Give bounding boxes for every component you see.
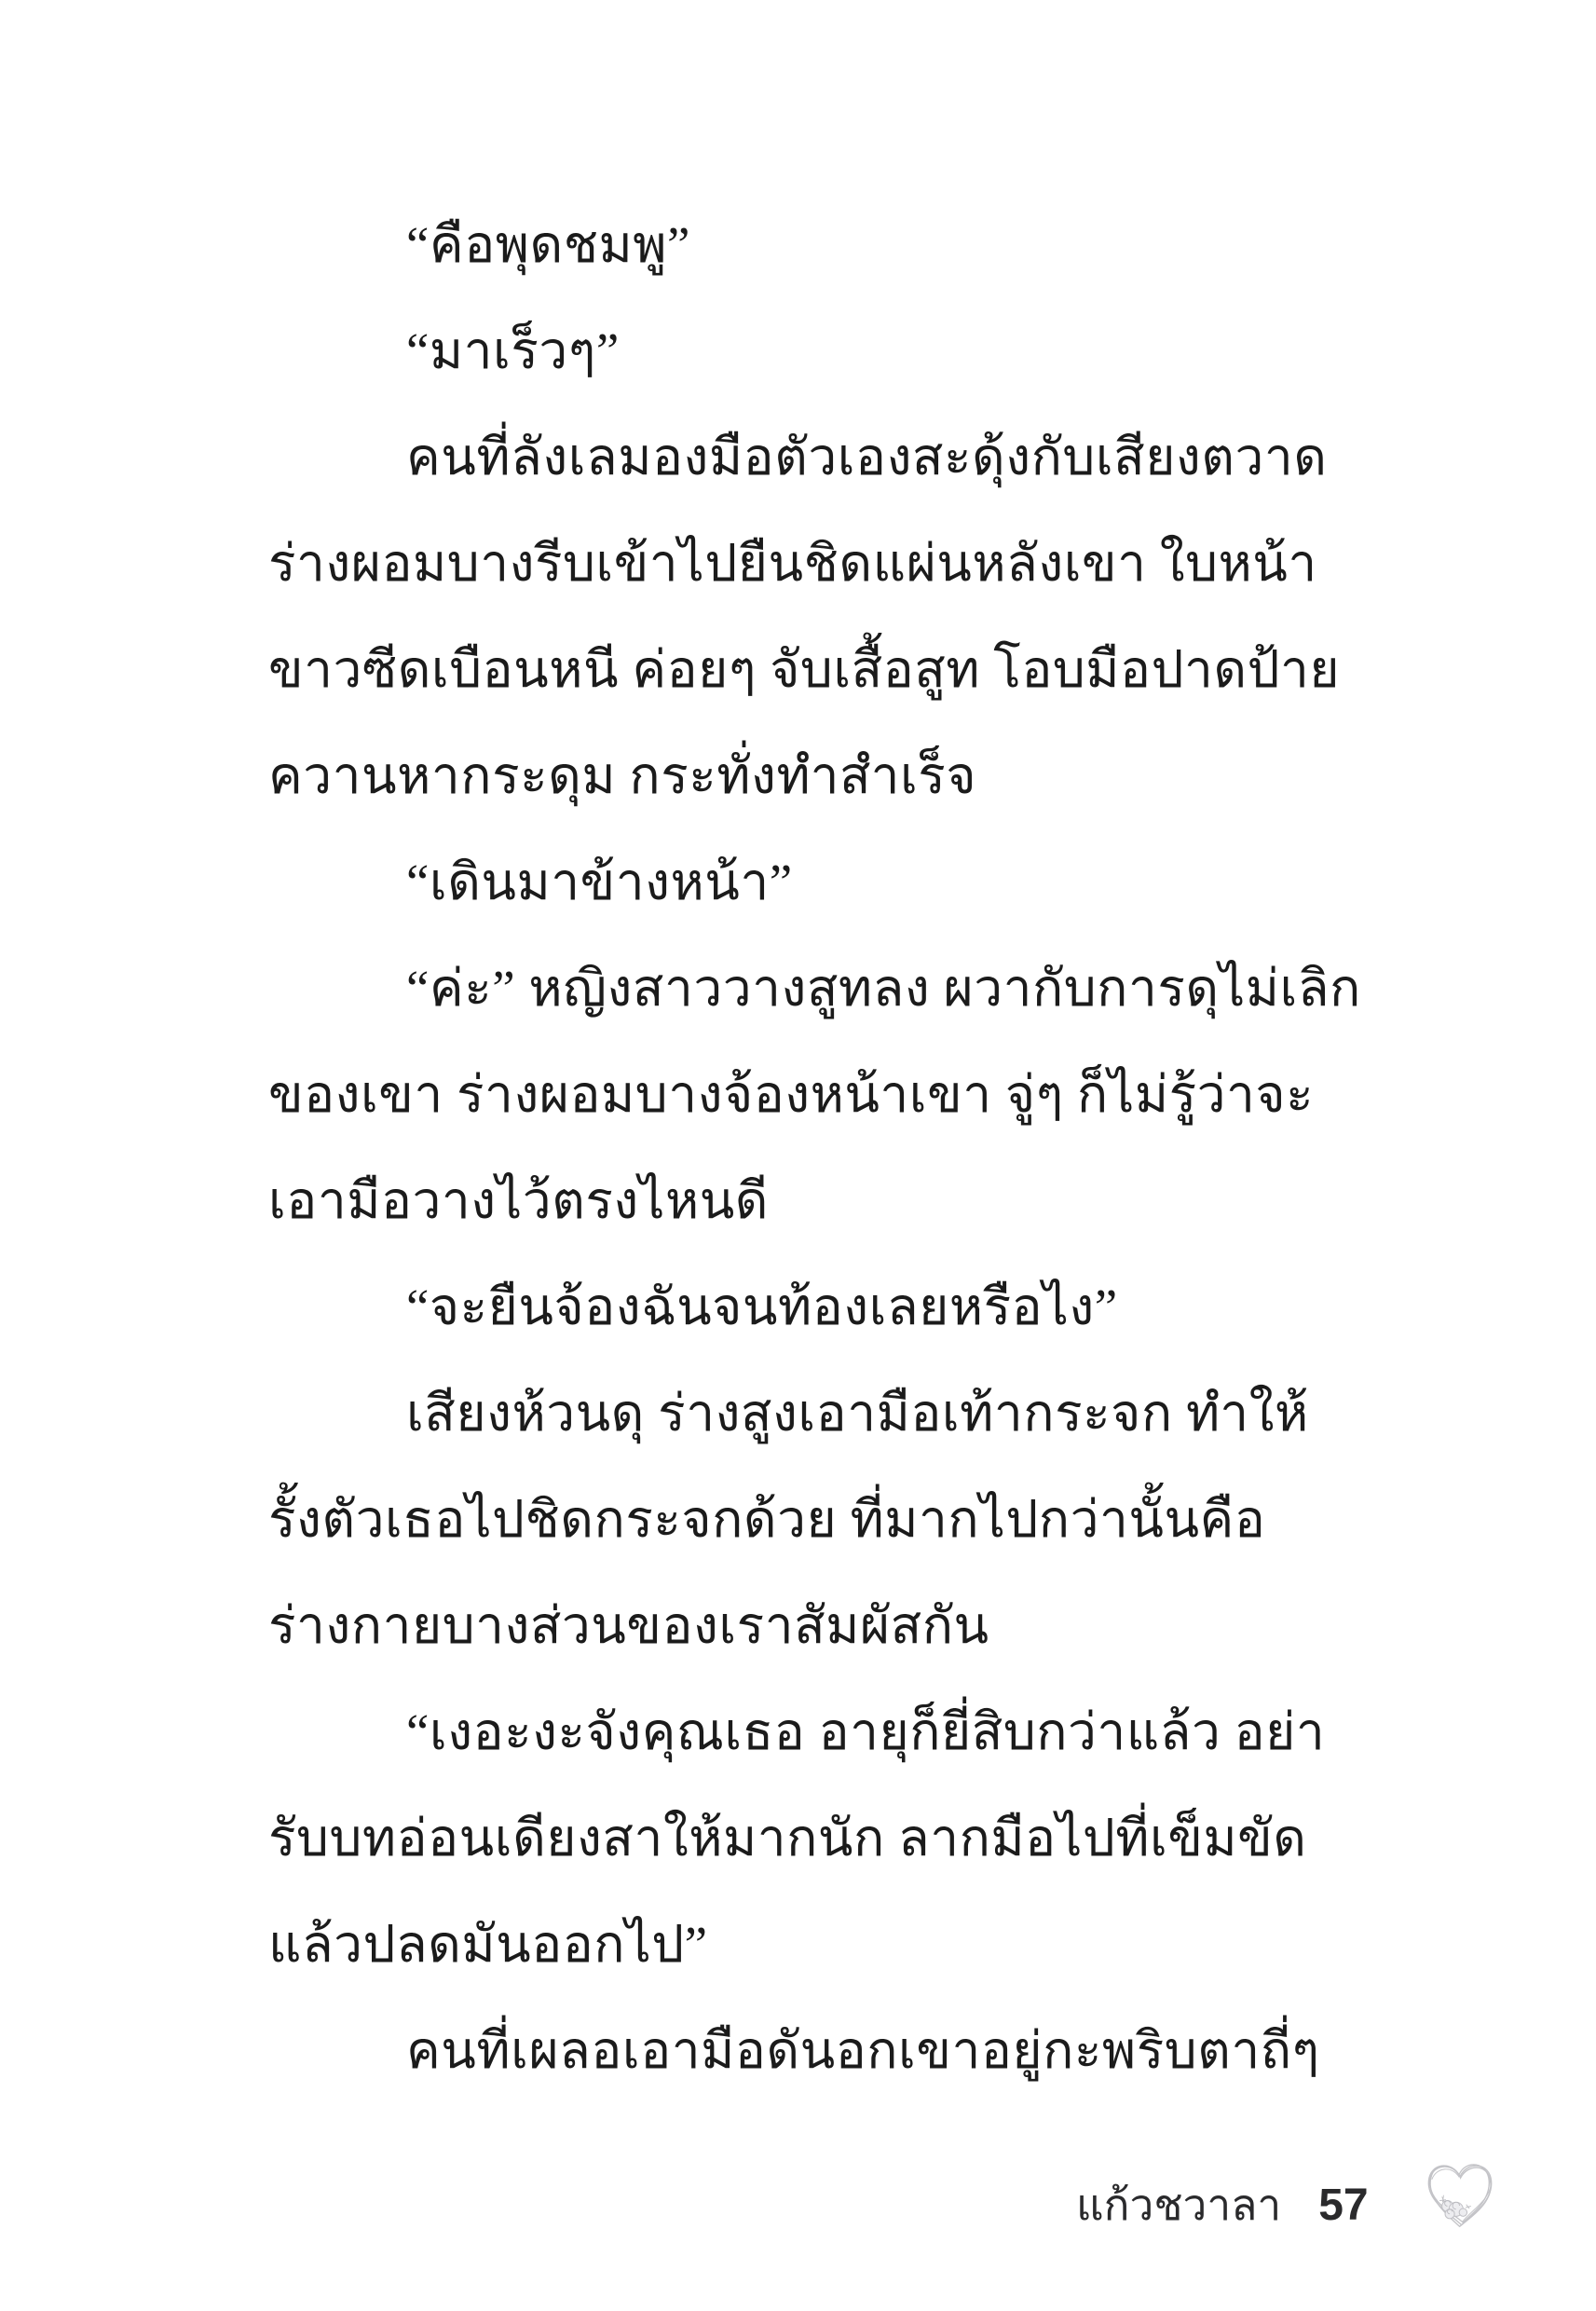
page-text: “คือพุดชมพู” “มาเร็วๆ” คนที่ลังเลมองมือต… [268, 192, 1424, 2104]
text-line: แล้วปลดมันออกไป” [268, 1892, 1424, 1998]
text-line: คนที่ลังเลมองมือตัวเองสะดุ้งกับเสียงตวาด [268, 404, 1424, 511]
text-line: ร่างกายบางส่วนของเราสัมผัสกัน [268, 1573, 1424, 1679]
text-line: “เดินมาข้างหน้า” [268, 829, 1424, 936]
text-line: ของเขา ร่างผอมบางจ้องหน้าเขา จู่ๆ ก็ไม่ร… [268, 1042, 1424, 1148]
book-title: แก้วชวาลา [1076, 2171, 1281, 2239]
book-page: “คือพุดชมพู” “มาเร็วๆ” คนที่ลังเลมองมือต… [0, 0, 1596, 2311]
text-line: รั้งตัวเธอไปชิดกระจกด้วย ที่มากไปกว่านั้… [268, 1467, 1424, 1573]
page-number-label: 57 [1318, 2180, 1368, 2231]
text-line: รับบทอ่อนเดียงสาให้มากนัก ลากมือไปที่เข็… [268, 1785, 1424, 1892]
text-line: “จะยืนจ้องฉันจนท้องเลยหรือไง” [268, 1254, 1424, 1361]
text-line: เอามือวางไว้ตรงไหนดี [268, 1148, 1424, 1254]
text-line: “ค่ะ” หญิงสาววางสูทลง ผวากับการดุไม่เลิก [268, 936, 1424, 1042]
page-footer: แก้วชวาลา 57 [1076, 2153, 1499, 2235]
text-line: คนที่เผลอเอามือดันอกเขาอยู่กะพริบตาถี่ๆ [268, 1998, 1424, 2104]
text-line: “เงอะงะจังคุณเธอ อายุก็ยี่สิบกว่าแล้ว อย… [268, 1679, 1424, 1785]
text-line: “คือพุดชมพู” [268, 192, 1424, 298]
text-line: “มาเร็วๆ” [268, 298, 1424, 404]
text-line: ร่างผอมบางรีบเข้าไปยืนชิดแผ่นหลังเขา ใบห… [268, 511, 1424, 617]
text-line: ขาวซีดเบือนหนี ค่อยๆ จับเสื้อสูท โอบมือป… [268, 617, 1424, 723]
text-line: ควานหากระดุม กระทั่งทำสำเร็จ [268, 723, 1424, 829]
heart-wreath-icon [1421, 2155, 1499, 2232]
text-line: เสียงห้วนดุ ร่างสูงเอามือเท้ากระจก ทำให้ [268, 1361, 1424, 1467]
